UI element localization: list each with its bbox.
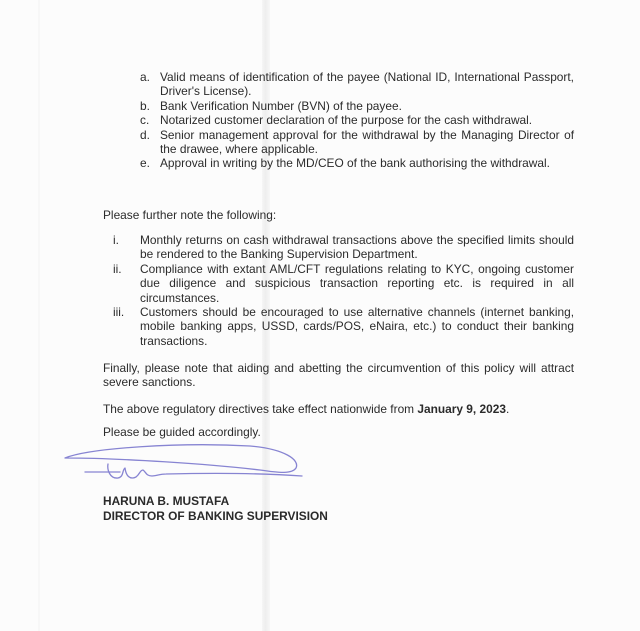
requirement-item: a. Valid means of identification of the … (140, 70, 574, 99)
guided-paragraph: Please be guided accordingly. (103, 425, 574, 439)
requirement-item: e. Approval in writing by the MD/CEO of … (140, 156, 574, 170)
further-note-heading: Please further note the following: (103, 208, 574, 222)
list-marker: b. (140, 99, 150, 113)
note-item: ii. Compliance with extant AML/CFT regul… (103, 262, 574, 305)
requirement-item: c. Notarized customer declaration of the… (140, 113, 574, 127)
requirements-list: a. Valid means of identification of the … (140, 70, 574, 171)
list-marker: ii. (113, 262, 127, 276)
requirement-text: Approval in writing by the MD/CEO of the… (160, 156, 550, 170)
note-item: i. Monthly returns on cash withdrawal tr… (103, 233, 574, 262)
list-marker: i. (113, 233, 127, 247)
effective-date: January 9, 2023 (417, 402, 506, 416)
effective-date-paragraph: The above regulatory directives take eff… (103, 402, 574, 416)
list-marker: c. (140, 113, 149, 127)
list-marker: e. (140, 156, 150, 170)
effective-date-prefix: The above regulatory directives take eff… (103, 402, 417, 416)
requirement-text: Valid means of identification of the pay… (160, 70, 574, 98)
note-text: Compliance with extant AML/CFT regulatio… (140, 262, 574, 305)
effective-date-suffix: . (506, 402, 509, 416)
note-text: Monthly returns on cash withdrawal trans… (140, 233, 574, 261)
requirement-text: Bank Verification Number (BVN) of the pa… (160, 99, 402, 113)
requirement-item: d. Senior management approval for the wi… (140, 128, 574, 157)
note-item: iii. Customers should be encouraged to u… (103, 305, 574, 348)
signatory-name: HARUNA B. MUSTAFA (103, 494, 328, 509)
requirement-text: Senior management approval for the withd… (160, 128, 574, 156)
list-marker: iii. (113, 305, 127, 319)
sanctions-paragraph: Finally, please note that aiding and abe… (103, 361, 574, 390)
list-marker: d. (140, 128, 150, 142)
requirement-text: Notarized customer declaration of the pu… (160, 113, 532, 127)
page-edge (38, 0, 40, 631)
further-note-list: i. Monthly returns on cash withdrawal tr… (103, 233, 574, 348)
signatory-title: DIRECTOR OF BANKING SUPERVISION (103, 509, 328, 524)
signatory-block: HARUNA B. MUSTAFA DIRECTOR OF BANKING SU… (103, 494, 328, 524)
requirement-item: b. Bank Verification Number (BVN) of the… (140, 99, 574, 113)
note-text: Customers should be encouraged to use al… (140, 305, 574, 348)
list-marker: a. (140, 70, 150, 84)
handwritten-signature-icon (60, 440, 320, 490)
